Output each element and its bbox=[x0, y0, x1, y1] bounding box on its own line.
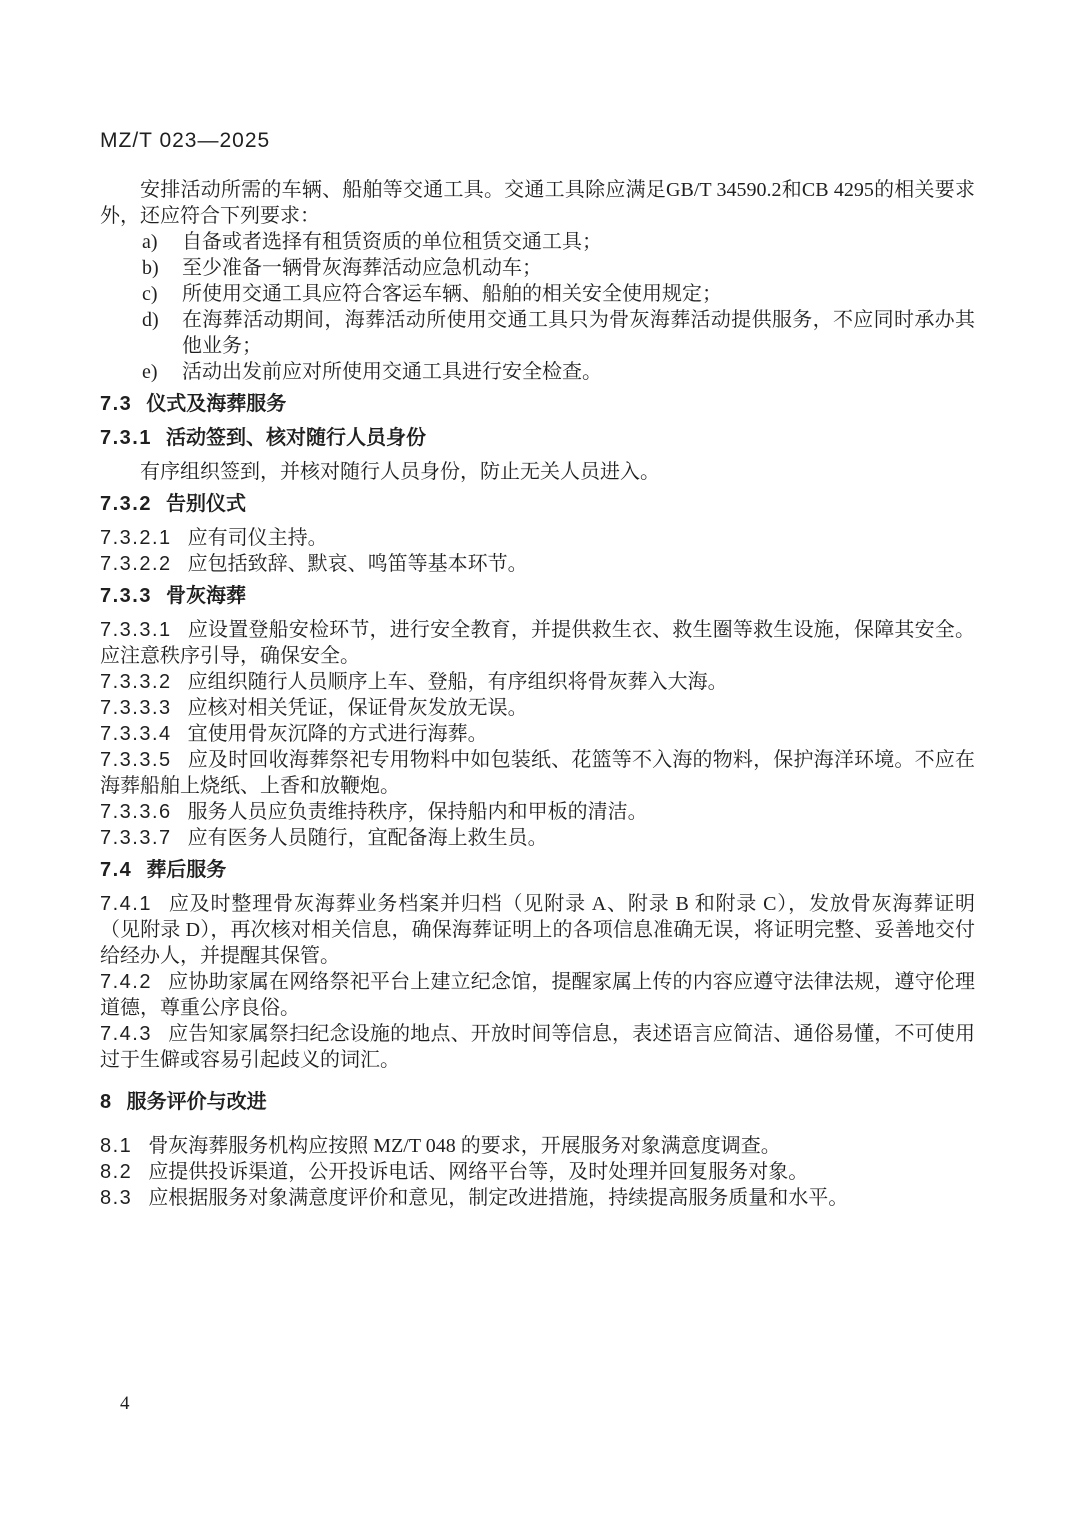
clause-text: 应告知家属祭扫纪念设施的地点、开放时间等信息，表述语言应简洁、通俗易懂，不可使用… bbox=[100, 1023, 975, 1071]
list-item: b) 至少准备一辆骨灰海葬活动应急机动车； bbox=[100, 255, 975, 281]
clause: 7.3.3.7应有医务人员随行，宜配备海上救生员。 bbox=[100, 825, 975, 851]
page-number-footer: 4 bbox=[120, 1393, 130, 1415]
heading-number: 7.3.1 bbox=[100, 427, 152, 449]
heading-title: 葬后服务 bbox=[146, 859, 226, 881]
list-marker: c) bbox=[142, 281, 182, 307]
clause-text: 应协助家属在网络祭祀平台上建立纪念馆，提醒家属上传的内容应遵守法律法规，遵守伦理… bbox=[100, 971, 975, 1019]
clause: 7.3.3.1应设置登船安检环节，进行安全教育，并提供救生衣、救生圈等救生设施，… bbox=[100, 617, 975, 669]
list-text: 至少准备一辆骨灰海葬活动应急机动车； bbox=[182, 255, 975, 281]
clause-text: 骨灰海葬服务机构应按照 MZ/T 048 的要求，开展服务对象满意度调查。 bbox=[148, 1135, 780, 1157]
clause-number: 7.3.3.3 bbox=[100, 697, 172, 719]
clause-text: 应设置登船安检环节，进行安全教育，并提供救生衣、救生圈等救生设施，保障其安全。应… bbox=[100, 619, 975, 667]
clause: 7.3.2.1应有司仪主持。 bbox=[100, 525, 975, 551]
clause-text: 应根据服务对象满意度评价和意见，制定改进措施，持续提高服务质量和水平。 bbox=[148, 1187, 848, 1209]
section-heading-7-3: 7.3仪式及海葬服务 bbox=[100, 391, 975, 417]
list-marker: b) bbox=[142, 255, 182, 281]
section-heading-7-3-1: 7.3.1活动签到、核对随行人员身份 bbox=[100, 425, 975, 451]
clause-number: 7.4.3 bbox=[100, 1023, 152, 1045]
heading-number: 7.3.3 bbox=[100, 585, 152, 607]
clause-number: 7.3.3.5 bbox=[100, 749, 172, 771]
list-text: 自备或者选择有租赁资质的单位租赁交通工具； bbox=[182, 229, 975, 255]
list-marker: d) bbox=[142, 307, 182, 359]
heading-title: 骨灰海葬 bbox=[166, 585, 246, 607]
page-content: MZ/T 023—2025 安排活动所需的车辆、船舶等交通工具。交通工具除应满足… bbox=[100, 128, 975, 1211]
clause-number: 7.3.3.6 bbox=[100, 801, 172, 823]
clause-number: 8.3 bbox=[100, 1187, 132, 1209]
clause: 7.3.3.4宜使用骨灰沉降的方式进行海葬。 bbox=[100, 721, 975, 747]
heading-title: 服务评价与改进 bbox=[127, 1091, 267, 1113]
clause-text: 宜使用骨灰沉降的方式进行海葬。 bbox=[188, 723, 488, 745]
clause-text: 服务人员应负责维持秩序，保持船内和甲板的清洁。 bbox=[188, 801, 648, 823]
list-text: 在海葬活动期间，海葬活动所使用交通工具只为骨灰海葬活动提供服务，不应同时承办其他… bbox=[182, 307, 975, 359]
clause-number: 7.4.1 bbox=[100, 893, 152, 915]
clause-text: 应组织随行人员顺序上车、登船，有序组织将骨灰葬入大海。 bbox=[188, 671, 728, 693]
list-text: 所使用交通工具应符合客运车辆、船舶的相关安全使用规定； bbox=[182, 281, 975, 307]
list-item: e) 活动出发前应对所使用交通工具进行安全检查。 bbox=[100, 359, 975, 385]
clause-number: 8.1 bbox=[100, 1135, 132, 1157]
clause-number: 7.3.3.1 bbox=[100, 619, 172, 641]
list-text: 活动出发前应对所使用交通工具进行安全检查。 bbox=[182, 359, 975, 385]
clause-number: 7.3.2.1 bbox=[100, 527, 172, 549]
clause: 7.3.3.3应核对相关凭证，保证骨灰发放无误。 bbox=[100, 695, 975, 721]
clause: 7.3.2.2应包括致辞、默哀、鸣笛等基本环节。 bbox=[100, 551, 975, 577]
clause-text: 应有医务人员随行，宜配备海上救生员。 bbox=[188, 827, 548, 849]
clause: 8.2应提供投诉渠道，公开投诉电话、网络平台等，及时处理并回复服务对象。 bbox=[100, 1159, 975, 1185]
clause: 7.3.3.6服务人员应负责维持秩序，保持船内和甲板的清洁。 bbox=[100, 799, 975, 825]
clause-number: 7.3.3.7 bbox=[100, 827, 172, 849]
intro-paragraph: 安排活动所需的车辆、船舶等交通工具。交通工具除应满足GB/T 34590.2和C… bbox=[100, 177, 975, 229]
clause: 8.1骨灰海葬服务机构应按照 MZ/T 048 的要求，开展服务对象满意度调查。 bbox=[100, 1133, 975, 1159]
clause: 7.3.3.2应组织随行人员顺序上车、登船，有序组织将骨灰葬入大海。 bbox=[100, 669, 975, 695]
clause-text: 应有司仪主持。 bbox=[188, 527, 328, 549]
list-item: a) 自备或者选择有租赁资质的单位租赁交通工具； bbox=[100, 229, 975, 255]
clause-text: 应及时回收海葬祭祀专用物料中如包装纸、花篮等不入海的物料，保护海洋环境。不应在海… bbox=[100, 749, 975, 797]
clause-text: 应提供投诉渠道，公开投诉电话、网络平台等，及时处理并回复服务对象。 bbox=[148, 1161, 808, 1183]
list-item: d) 在海葬活动期间，海葬活动所使用交通工具只为骨灰海葬活动提供服务，不应同时承… bbox=[100, 307, 975, 359]
heading-title: 仪式及海葬服务 bbox=[146, 393, 286, 415]
clause-text: 应及时整理骨灰海葬业务档案并归档（见附录 A、附录 B 和附录 C），发放骨灰海… bbox=[100, 893, 975, 967]
clause: 7.4.1应及时整理骨灰海葬业务档案并归档（见附录 A、附录 B 和附录 C），… bbox=[100, 891, 975, 969]
section-heading-8: 8服务评价与改进 bbox=[100, 1089, 975, 1115]
clause-number: 7.3.3.4 bbox=[100, 723, 172, 745]
clause: 7.3.3.5应及时回收海葬祭祀专用物料中如包装纸、花篮等不入海的物料，保护海洋… bbox=[100, 747, 975, 799]
heading-number: 7.4 bbox=[100, 859, 132, 881]
clause-number: 7.3.2.2 bbox=[100, 553, 172, 575]
section-heading-7-4: 7.4葬后服务 bbox=[100, 857, 975, 883]
document-page: MZ/T 023—2025 安排活动所需的车辆、船舶等交通工具。交通工具除应满足… bbox=[0, 0, 1074, 1520]
doc-number-header: MZ/T 023—2025 bbox=[100, 128, 975, 154]
list-item: c) 所使用交通工具应符合客运车辆、船舶的相关安全使用规定； bbox=[100, 281, 975, 307]
heading-number: 7.3.2 bbox=[100, 493, 152, 515]
heading-number: 8 bbox=[100, 1091, 113, 1113]
clause: 7.4.3应告知家属祭扫纪念设施的地点、开放时间等信息，表述语言应简洁、通俗易懂… bbox=[100, 1021, 975, 1073]
clause: 8.3应根据服务对象满意度评价和意见，制定改进措施，持续提高服务质量和水平。 bbox=[100, 1185, 975, 1211]
heading-title: 活动签到、核对随行人员身份 bbox=[166, 427, 426, 449]
clause-number: 8.2 bbox=[100, 1161, 132, 1183]
section-7-3-1-paragraph: 有序组织签到，并核对随行人员身份，防止无关人员进入。 bbox=[100, 459, 975, 485]
clause-text: 应包括致辞、默哀、鸣笛等基本环节。 bbox=[188, 553, 528, 575]
list-marker: a) bbox=[142, 229, 182, 255]
clause-number: 7.3.3.2 bbox=[100, 671, 172, 693]
section-heading-7-3-3: 7.3.3骨灰海葬 bbox=[100, 583, 975, 609]
clause-number: 7.4.2 bbox=[100, 971, 152, 993]
list-marker: e) bbox=[142, 359, 182, 385]
heading-number: 7.3 bbox=[100, 393, 132, 415]
clause-text: 应核对相关凭证，保证骨灰发放无误。 bbox=[188, 697, 528, 719]
section-heading-7-3-2: 7.3.2告别仪式 bbox=[100, 491, 975, 517]
heading-title: 告别仪式 bbox=[166, 493, 246, 515]
clause: 7.4.2应协助家属在网络祭祀平台上建立纪念馆，提醒家属上传的内容应遵守法律法规… bbox=[100, 969, 975, 1021]
transport-requirements-list: a) 自备或者选择有租赁资质的单位租赁交通工具； b) 至少准备一辆骨灰海葬活动… bbox=[100, 229, 975, 385]
